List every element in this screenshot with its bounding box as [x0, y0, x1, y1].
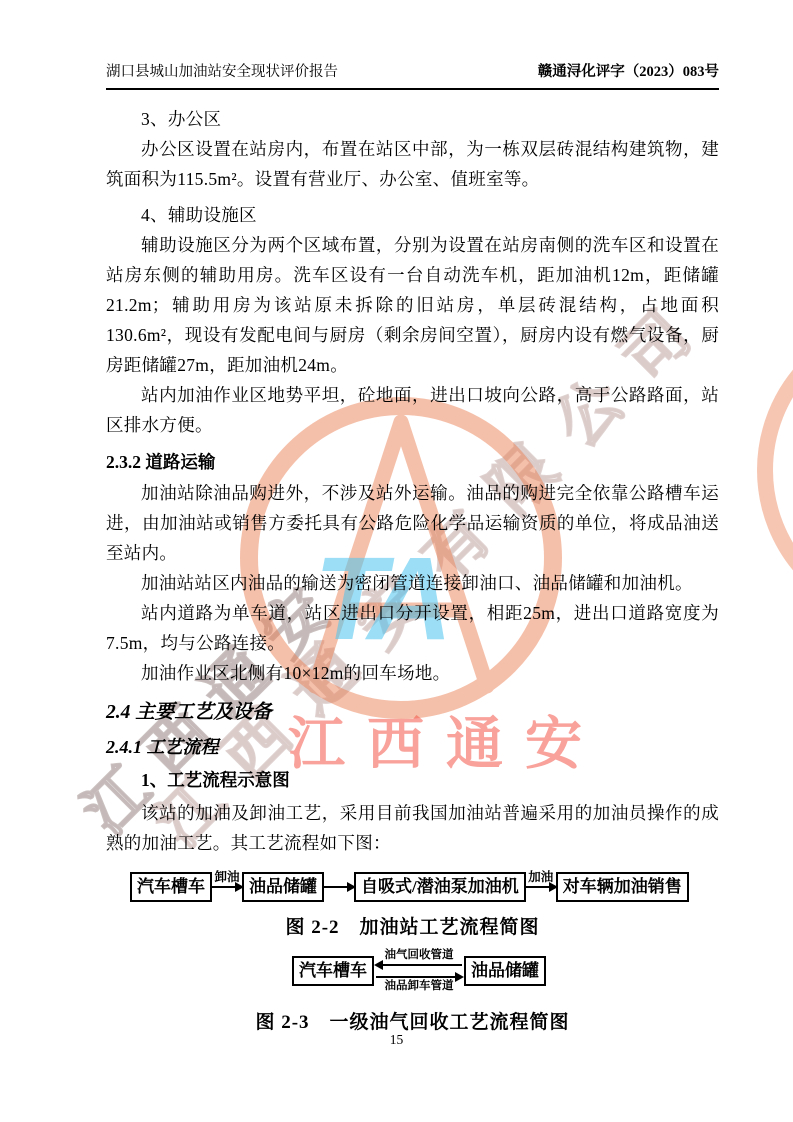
section-heading-process-flow: 2.4.1 工艺流程 — [106, 734, 719, 760]
flow-arrow-refuel-label: 加油 — [528, 867, 553, 885]
office-area-paragraph: 办公区设置在站房内，布置在站区中部，为一栋双层砖混结构建筑物，建筑面积为115.… — [106, 134, 719, 194]
flow-arrow-refuel-icon: 加油 — [526, 886, 556, 888]
road-transport-paragraph-4: 加油作业区北侧有10×12m的回车场地。 — [106, 658, 719, 688]
flow-arrow-unload-label: 卸油 — [214, 867, 239, 885]
flow-box-oil-storage-tank: 油品储罐 — [242, 872, 324, 902]
road-transport-paragraph-1: 加油站除油品购进外，不涉及站外运输。油品的购进完全依靠公路槽车运进，由加油站或销… — [106, 478, 719, 568]
figure-2-2-flow-diagram: 汽车槽车 卸油 油品储罐 自吸式/潜油泵加油机 加油 对车辆加油销售 图 2-2… — [106, 872, 719, 939]
figure-2-2-flow-row: 汽车槽车 卸油 油品储罐 自吸式/潜油泵加油机 加油 对车辆加油销售 — [130, 872, 719, 902]
auxiliary-area-paragraph-1: 辅助设施区分为两个区域布置，分别为设置在站房南侧的洗车区和设置在站房东侧的辅助用… — [106, 230, 719, 380]
header-doc-number: 赣通浔化评字（2023）083号 — [538, 60, 719, 81]
oil-unloading-pipe-label: 油品卸车管道 — [376, 980, 462, 993]
section-heading-road-transport: 2.3.2 道路运输 — [106, 446, 719, 478]
flow-arrow-unload-icon: 卸油 — [212, 886, 242, 888]
section-heading-main-process-equipment: 2.4 主要工艺及设备 — [106, 700, 719, 726]
road-transport-paragraph-3: 站内道路为单车道，站区进出口分开设置，相距25m，进出口道路宽度为7.5m，均与… — [106, 598, 719, 658]
figure-2-2-caption: 图 2-2 加油站工艺流程简图 — [106, 912, 719, 939]
vapor-recovery-arrow-icon — [376, 964, 462, 966]
figure-2-3-flow-row: 汽车槽车 油气回收管道 油品卸车管道 油品储罐 — [292, 949, 719, 993]
figure-2-3-pipes: 油气回收管道 油品卸车管道 — [376, 949, 462, 993]
flow-box-tanker-truck-2: 汽车槽车 — [292, 956, 374, 986]
page-number: 15 — [0, 1032, 793, 1048]
vapor-recovery-pipe-label: 油气回收管道 — [376, 949, 462, 962]
partial-ring-watermark-icon — [750, 305, 793, 635]
document-page: 江西通安有限公司 江西通安 TA 江西通安 湖口县城山加油站安全现状评价报告 赣… — [0, 0, 793, 1122]
flow-box-oil-storage-tank-2: 油品储罐 — [464, 956, 546, 986]
office-area-heading: 3、办公区 — [106, 104, 719, 134]
figure-2-3-caption: 图 2-3 一级油气回收工艺流程简图 — [106, 1007, 719, 1034]
flow-arrow-icon — [324, 886, 354, 888]
header-report-title: 湖口县城山加油站安全现状评价报告 — [106, 60, 338, 81]
document-body: 3、办公区 办公区设置在站房内，布置在站区中部，为一栋双层砖混结构建筑物，建筑面… — [106, 104, 719, 1034]
figure-2-3-flow-diagram: 汽车槽车 油气回收管道 油品卸车管道 油品储罐 图 2-3 一级油气回收工艺流程… — [106, 949, 719, 1034]
flow-box-pump-dispenser: 自吸式/潜油泵加油机 — [354, 872, 526, 902]
page-header: 湖口县城山加油站安全现状评价报告 赣通浔化评字（2023）083号 — [106, 60, 719, 90]
subsection-heading-process-diagram: 1、工艺流程示意图 — [106, 766, 719, 794]
auxiliary-area-heading: 4、辅助设施区 — [106, 200, 719, 230]
process-intro-paragraph: 该站的加油及卸油工艺，采用目前我国加油站普遍采用的加油员操作的成熟的加油工艺。其… — [106, 798, 719, 858]
flow-box-tanker-truck: 汽车槽车 — [130, 872, 212, 902]
auxiliary-area-paragraph-2: 站内加油作业区地势平坦，砼地面，进出口坡向公路，高于公路路面，站区排水方便。 — [106, 380, 719, 440]
oil-unloading-arrow-icon — [376, 976, 462, 978]
flow-box-vehicle-refuel-sales: 对车辆加油销售 — [556, 872, 689, 902]
road-transport-paragraph-2: 加油站站区内油品的输送为密闭管道连接卸油口、油品储罐和加油机。 — [106, 568, 719, 598]
